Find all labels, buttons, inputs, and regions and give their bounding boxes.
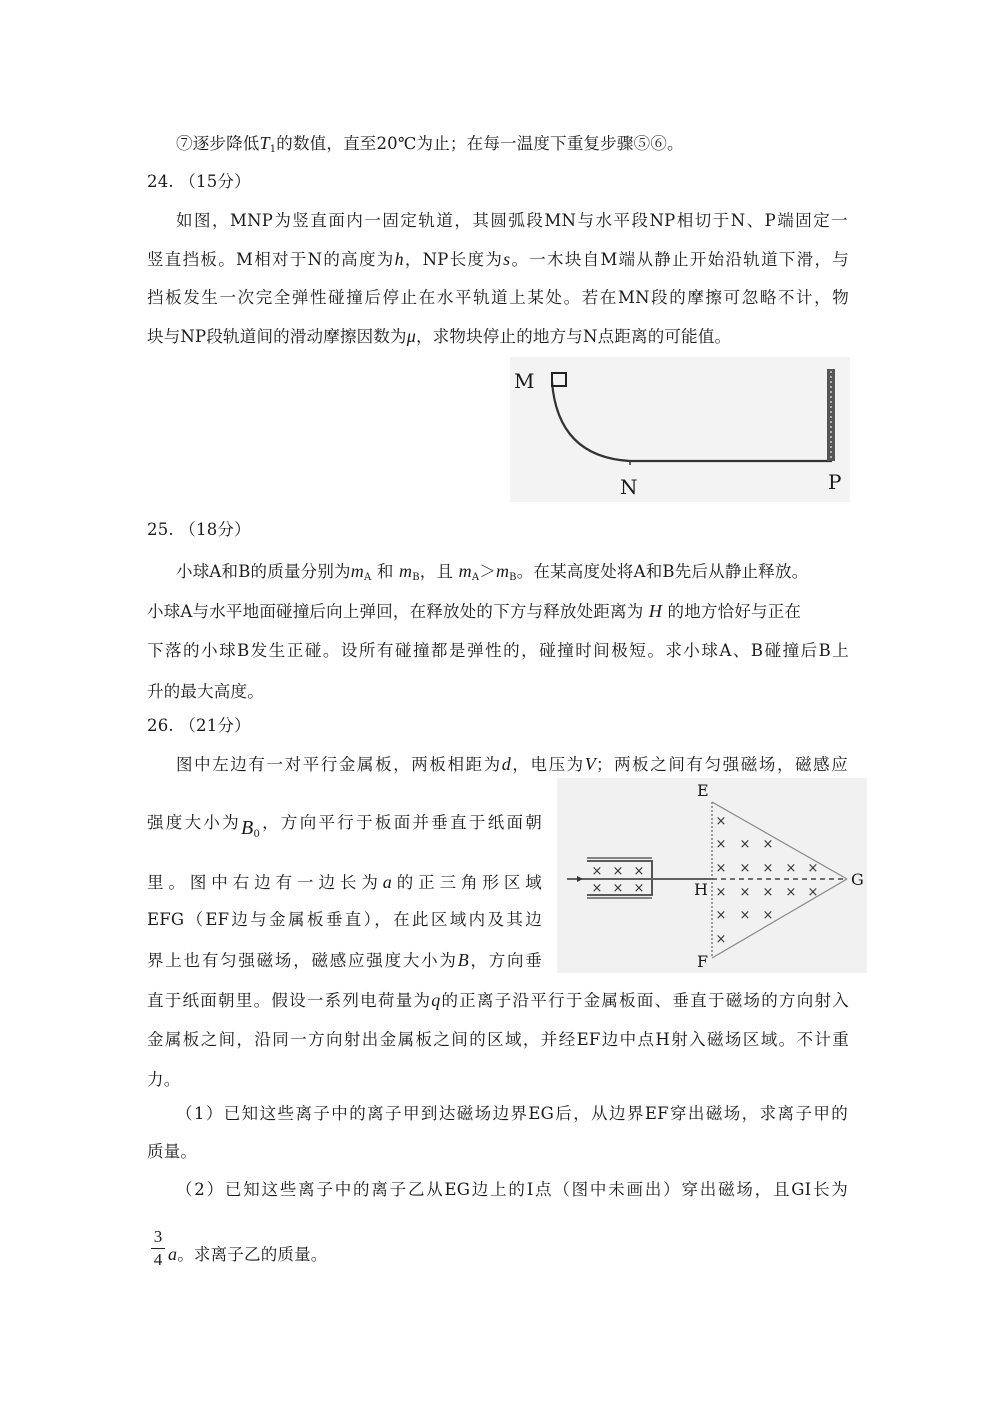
q26-text: 里。图中右边有一边长为 xyxy=(147,873,383,892)
q26-line-8: 力。 xyxy=(147,1070,180,1090)
q25-line-4: 升的最大高度。 xyxy=(147,682,264,702)
svg-text:×: × xyxy=(613,881,624,896)
question-points: （15分） xyxy=(179,172,251,191)
var-V: V xyxy=(585,754,596,774)
svg-text:×: × xyxy=(592,864,603,879)
q26-line-5: 界上也有匀强磁场，磁感应强度大小为B，方向垂 xyxy=(147,950,542,971)
q26-line-4: EFG（EF边与金属板垂直），在此区域内及其边 xyxy=(147,910,542,930)
q25-text: 的地方恰好与正在 xyxy=(668,602,802,621)
svg-text:×: × xyxy=(786,885,797,900)
question-points: （21分） xyxy=(179,716,251,735)
edge-FG xyxy=(712,879,847,958)
q24-line-4: 块与NP段轨道间的滑动摩擦因数为μ，求物块停止的地方与N点距离的可能值。 xyxy=(147,326,731,347)
svg-text:×: × xyxy=(716,908,727,923)
q26-text: （1）已知这些离子中的离子甲到达磁场边界EG后，从边界EF穿出磁场，求离子甲的 xyxy=(176,1104,848,1123)
var-h: h xyxy=(395,249,404,269)
label-F: F xyxy=(697,952,708,972)
q24-text: 块与NP段轨道间的滑动摩擦因数为 xyxy=(147,327,407,346)
var-d: d xyxy=(502,754,511,774)
q26-line-7: 金属板之间，沿同一方向射出金属板之间的区域，并经EF边中点H射入磁场区域。不计重 xyxy=(147,1030,849,1050)
svg-text:×: × xyxy=(634,881,645,896)
q24-text: 。一木块自M端从静止开始沿轨道下滑，与 xyxy=(510,250,849,269)
svg-text:×: × xyxy=(763,861,774,876)
q26-text: 的正三角形区域 xyxy=(392,873,542,892)
svg-text:×: × xyxy=(763,885,774,900)
var-H: H xyxy=(649,601,662,621)
q26-line-6: 直于纸面朝里。假设一系列电荷量为q的正离子沿平行于金属板面、垂直于磁场的方向射入 xyxy=(147,990,849,1011)
q26-text: 质量。 xyxy=(147,1142,197,1161)
gt-symbol: ＞ xyxy=(479,562,496,581)
label-E: E xyxy=(697,781,709,801)
question-number: 26. xyxy=(147,716,174,735)
var-m: m xyxy=(496,561,509,581)
q25-text: 和 xyxy=(377,562,394,581)
q26-part2-line-2: a。求离子乙的质量。 xyxy=(168,1244,328,1265)
step7-line: ⑦逐步降低T1的数值，直至20℃为止；在每一温度下重复步骤⑤⑥。 xyxy=(176,133,684,160)
track-diagram xyxy=(510,357,850,502)
question-number: 24. xyxy=(147,172,174,191)
q24-text: 挡板发生一次完全弹性碰撞后停止在水平轨道上某处。若在MN段的摩擦可忽略不计，物 xyxy=(147,288,849,307)
arrow-icon xyxy=(577,876,583,882)
q26-text: 强度大小为 xyxy=(147,813,241,832)
magnetic-field-diagram: ××× ××× × ××× ××××× ××××× ××× × xyxy=(557,778,867,973)
q26-text: 力。 xyxy=(147,1070,180,1089)
label-N: N xyxy=(620,477,638,497)
q25-text: 下落的小球B发生正碰。设所有碰撞都是弹性的，碰撞时间极短。求小球A、B碰撞后B上 xyxy=(147,641,849,660)
q26-text: ；两板之间有匀强磁场，磁感应 xyxy=(596,755,848,774)
svg-text:×: × xyxy=(740,837,751,852)
plate-field-crosses: ××× ××× xyxy=(592,864,645,896)
q26-line-1: 图中左边有一对平行金属板，两板相距为d，电压为V；两板之间有匀强磁场，磁感应 xyxy=(176,754,848,775)
q24-heading: 24. （15分） xyxy=(147,172,251,192)
var-mu: μ xyxy=(407,326,416,346)
label-M: M xyxy=(514,371,535,391)
svg-text:×: × xyxy=(786,861,797,876)
q25-text: 小球A与水平地面碰撞后向上弹回，在释放处的下方与释放处距离为 xyxy=(147,602,643,621)
svg-text:×: × xyxy=(716,837,727,852)
q24-line-2: 竖直挡板。M相对于N的高度为h，NP长度为s。一木块自M端从静止开始沿轨道下滑，… xyxy=(147,249,849,270)
svg-text:×: × xyxy=(740,885,751,900)
var-B0: B xyxy=(241,817,253,839)
q24-line-1: 如图，MNP为竖直面内一固定轨道，其圆弧段MN与水平段NP相切于N、P端固定一 xyxy=(176,211,848,231)
q26-field-figure: ××× ××× × ××× ××××× ××××× ××× × E F G H xyxy=(557,778,867,973)
var-a: a xyxy=(168,1244,177,1264)
svg-text:×: × xyxy=(716,885,727,900)
fraction-bar xyxy=(151,1248,165,1249)
fraction-denominator: 4 xyxy=(151,1250,165,1270)
svg-text:×: × xyxy=(740,861,751,876)
q24-text: ，求物块停止的地方与N点距离的可能值。 xyxy=(416,327,731,346)
svg-text:×: × xyxy=(634,864,645,879)
svg-text:×: × xyxy=(716,814,727,829)
question-number: 25. xyxy=(147,520,174,539)
q24-track-figure: M N P xyxy=(510,357,850,502)
q26-text: 金属板之间，沿同一方向射出金属板之间的区域，并经EF边中点H射入磁场区域。不计重 xyxy=(147,1030,849,1049)
q24-text: 如图，MNP为竖直面内一固定轨道，其圆弧段MN与水平段NP相切于N、P端固定一 xyxy=(176,211,848,230)
q26-text: 直于纸面朝里。假设一系列电荷量为 xyxy=(147,991,431,1010)
q24-text: ，NP长度为 xyxy=(404,250,503,269)
q26-text: ，电压为 xyxy=(511,755,585,774)
var-m: m xyxy=(351,561,364,581)
q26-text: （2）已知这些离子中的离子乙从EG边上的I点（图中未画出）穿出磁场，且GI长为 xyxy=(176,1180,848,1199)
block-icon xyxy=(552,373,566,386)
q25-line-2: 小球A与水平地面碰撞后向上弹回，在释放处的下方与释放处距离为 H 的地方恰好与正… xyxy=(147,601,801,622)
label-H: H xyxy=(694,880,708,900)
svg-text:×: × xyxy=(808,885,819,900)
svg-text:×: × xyxy=(716,861,727,876)
q25-text: 。在某高度处将A和B先后从静止释放。 xyxy=(517,562,809,581)
q26-text: 图中左边有一对平行金属板，两板相距为 xyxy=(176,755,502,774)
q25-heading: 25. （18分） xyxy=(147,520,251,540)
question-points: （18分） xyxy=(179,520,251,539)
svg-text:×: × xyxy=(613,864,624,879)
var-T: T xyxy=(260,133,270,153)
svg-text:×: × xyxy=(592,881,603,896)
q26-text: ，方向垂 xyxy=(469,951,542,970)
var-B0-sub: 0 xyxy=(253,829,260,840)
q26-heading: 26. （21分） xyxy=(147,716,251,736)
sub-B: B xyxy=(412,572,420,583)
q26-part1-line-2: 质量。 xyxy=(147,1142,197,1162)
label-G: G xyxy=(851,870,864,890)
q26-text: EFG（EF边与金属板垂直），在此区域内及其边 xyxy=(147,910,542,929)
q26-text: ，方向平行于板面并垂直于纸面朝 xyxy=(260,813,542,832)
q24-text: 竖直挡板。M相对于N的高度为 xyxy=(147,250,395,269)
q26-part2-line-1: （2）已知这些离子中的离子乙从EG边上的I点（图中未画出）穿出磁场，且GI长为 xyxy=(176,1180,848,1200)
q24-line-3: 挡板发生一次完全弹性碰撞后停止在水平轨道上某处。若在MN段的摩擦可忽略不计，物 xyxy=(147,288,849,308)
svg-text:×: × xyxy=(808,861,819,876)
sub-B: B xyxy=(509,572,517,583)
q26-part1-line-1: （1）已知这些离子中的离子甲到达磁场边界EG后，从边界EF穿出磁场，求离子甲的 xyxy=(176,1104,848,1124)
edge-EG xyxy=(712,802,847,879)
q25-line-3: 下落的小球B发生正碰。设所有碰撞都是弹性的，碰撞时间极短。求小球A、B碰撞后B上 xyxy=(147,641,849,661)
q25-line-1: 小球A和B的质量分别为mA 和 mB，且 mA＞mB。在某高度处将A和B先后从静… xyxy=(176,561,808,588)
q26-text: 。求离子乙的质量。 xyxy=(177,1245,327,1264)
svg-text:×: × xyxy=(763,908,774,923)
sub-A: A xyxy=(364,572,371,583)
step7-text: ⑦逐步降低 xyxy=(176,134,260,153)
svg-text:×: × xyxy=(740,908,751,923)
svg-text:×: × xyxy=(716,932,727,947)
q26-text: 界上也有匀强磁场，磁感应强度大小为 xyxy=(147,951,458,970)
label-P: P xyxy=(828,472,842,492)
q26-line-2: 强度大小为B0，方向平行于板面并垂直于纸面朝 xyxy=(147,812,542,839)
step7-suffix: 的数值，直至20℃为止；在每一温度下重复步骤⑤⑥。 xyxy=(276,134,683,153)
q26-text: 的正离子沿平行于金属板面、垂直于磁场的方向射入 xyxy=(440,991,849,1010)
fraction-numerator: 3 xyxy=(151,1227,165,1247)
q25-text: ，且 xyxy=(420,562,453,581)
fraction-3-4: 3 4 xyxy=(151,1227,165,1270)
q25-text: 升的最大高度。 xyxy=(147,682,264,701)
var-a: a xyxy=(383,872,392,892)
q25-text: 小球A和B的质量分别为 xyxy=(176,562,351,581)
var-m: m xyxy=(459,561,472,581)
svg-text:×: × xyxy=(763,837,774,852)
var-m: m xyxy=(399,561,412,581)
var-B: B xyxy=(458,950,469,970)
q26-line-3: 里。图中右边有一边长为a的正三角形区域 xyxy=(147,872,542,893)
